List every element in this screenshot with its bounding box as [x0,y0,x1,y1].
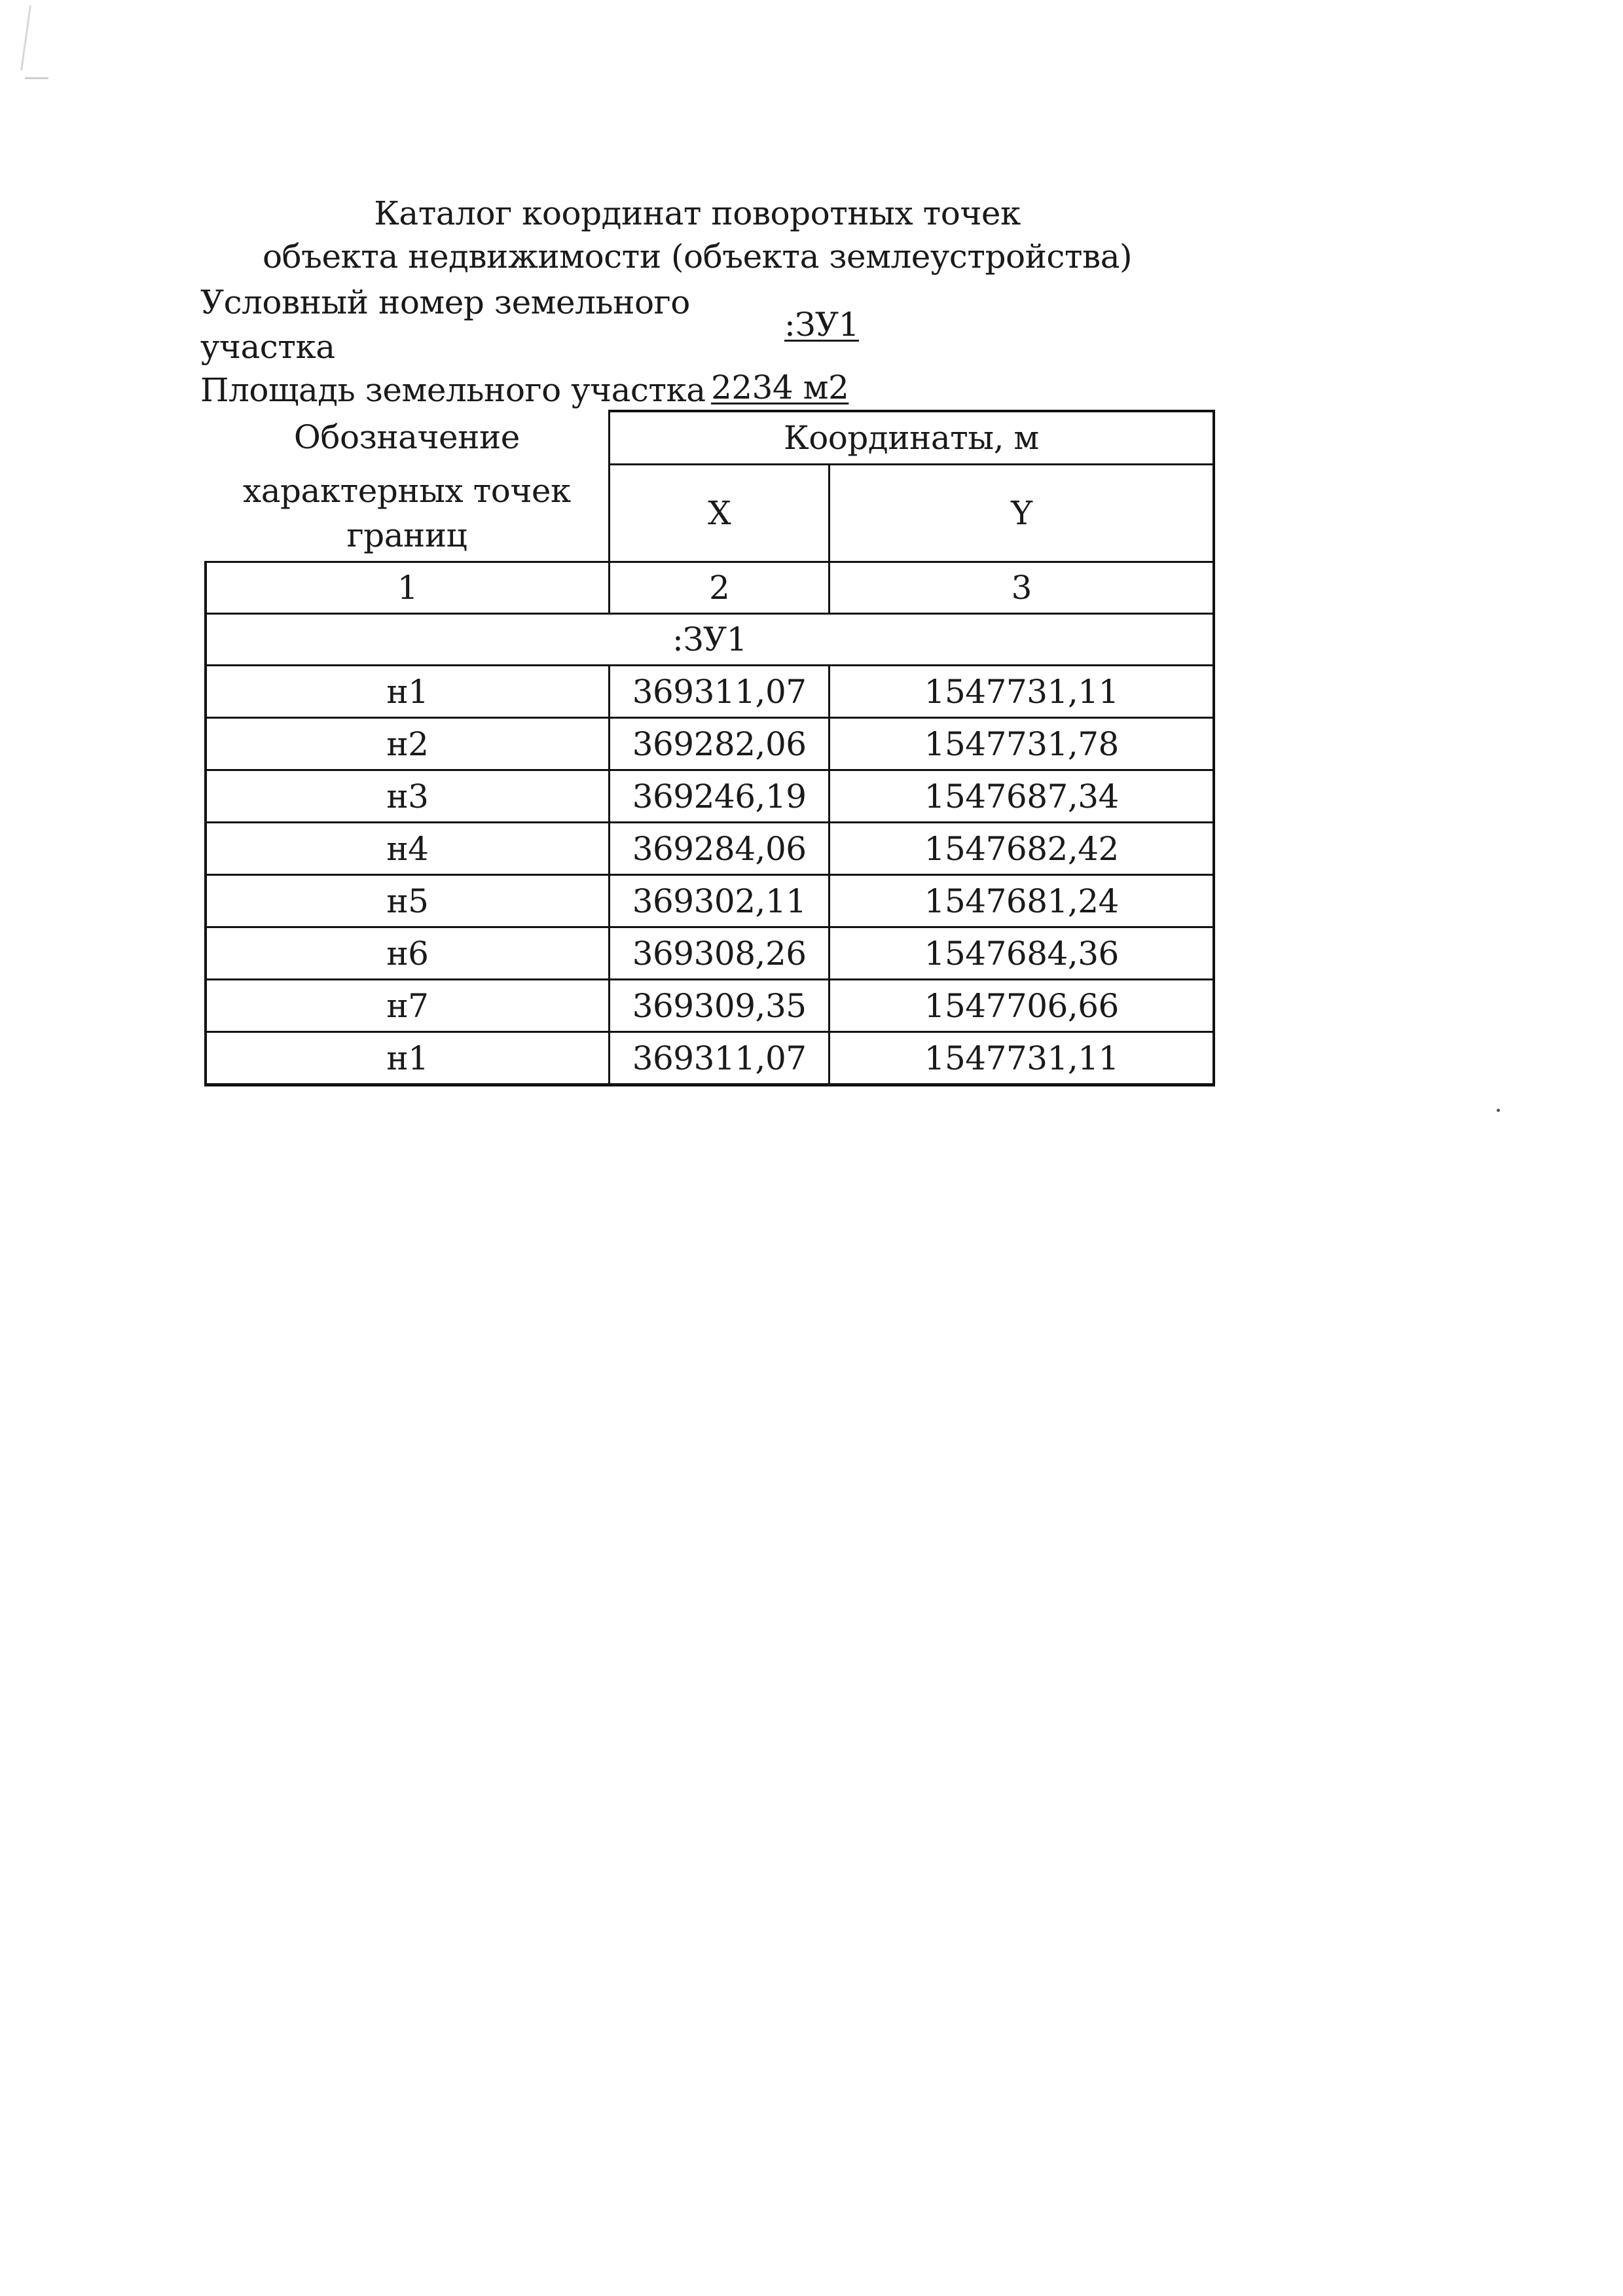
table-body: н1369311,071547731,11н2369282,061547731,… [206,666,1214,1085]
table-row: н1369311,071547731,11 [206,666,1214,718]
x-cell: 369246,19 [609,770,830,823]
x-header: X [609,465,830,562]
point-cell: н6 [206,927,609,980]
table-row: н6369308,261547684,36 [206,927,1214,980]
point-cell: н1 [206,1032,609,1085]
y-cell: 1547706,66 [830,980,1214,1032]
designation-header: Обозначение характерных точек границ [206,411,609,562]
designation-header-line1: Обозначение [206,415,608,459]
x-cell: 369282,06 [609,718,830,770]
x-cell: 369302,11 [609,875,830,927]
x-cell: 369308,26 [609,927,830,980]
column-number-2: 2 [609,562,830,614]
point-cell: н4 [206,823,609,875]
table-row: н5369302,111547681,24 [206,875,1214,927]
y-cell: 1547684,36 [830,927,1214,980]
point-cell: н2 [206,718,609,770]
section-row: :ЗУ1 [206,614,1214,666]
y-cell: 1547731,11 [830,1032,1214,1085]
x-cell: 369284,06 [609,823,830,875]
table-row: н4369284,061547682,42 [206,823,1214,875]
table-row: н7369309,351547706,66 [206,980,1214,1032]
plot-number-value: :ЗУ1 [784,305,859,344]
plot-number-label-line1: Условный номер земельного [200,283,690,322]
point-cell: н3 [206,770,609,823]
y-cell: 1547687,34 [830,770,1214,823]
y-cell: 1547682,42 [830,823,1214,875]
y-cell: 1547731,11 [830,666,1214,718]
coordinates-header: Координаты, м [609,411,1214,465]
area-value: 2234 м2 [711,368,848,407]
document-title-line2: объекта недвижимости (объекта землеустро… [0,237,1395,276]
scan-artifact [20,5,31,70]
y-header: Y [830,465,1214,562]
point-cell: н1 [206,666,609,718]
table-row: н1369311,071547731,11 [206,1032,1214,1085]
designation-header-line3: границ [206,513,608,558]
point-cell: н7 [206,980,609,1032]
x-cell: 369311,07 [609,1032,830,1085]
designation-header-line2: характерных точек [206,469,608,513]
coordinates-table: Обозначение характерных точек границ Коо… [204,410,1215,1086]
x-cell: 369309,35 [609,980,830,1032]
column-number-1: 1 [206,562,609,614]
table-row: н3369246,191547687,34 [206,770,1214,823]
y-cell: 1547731,78 [830,718,1214,770]
x-cell: 369311,07 [609,666,830,718]
table-header-row: Обозначение характерных точек границ Коо… [206,411,1214,465]
table-row: н2369282,061547731,78 [206,718,1214,770]
plot-number-label-line2: участка [200,327,335,367]
point-cell: н5 [206,875,609,927]
scan-artifact [25,77,48,79]
column-number-row: 1 2 3 [206,562,1214,614]
document-title-line1: Каталог координат поворотных точек [0,194,1395,233]
scan-artifact [1497,1109,1500,1112]
area-label: Площадь земельного участка [200,370,706,410]
y-cell: 1547681,24 [830,875,1214,927]
section-label: :ЗУ1 [206,614,1214,666]
column-number-3: 3 [830,562,1214,614]
